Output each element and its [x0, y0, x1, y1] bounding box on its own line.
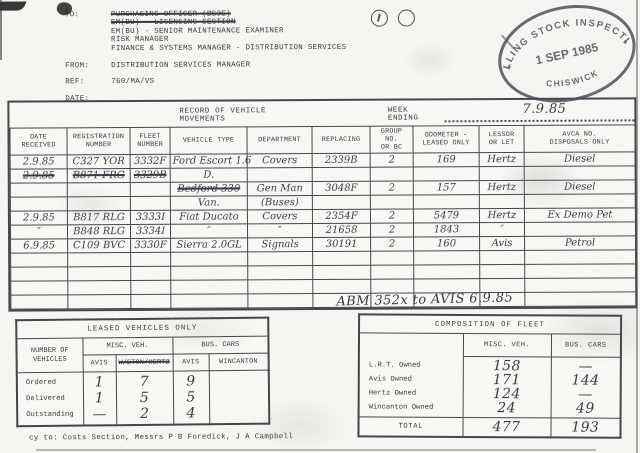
fleet-row-labels: L.R.T. OwnedAvis OwnedHertz OwnedWincant…: [359, 356, 463, 418]
leased-value: 1: [84, 390, 114, 406]
fleet-total-label: TOTAL: [358, 417, 462, 437]
movement-cell: [131, 252, 171, 266]
movement-cell: Petrol: [525, 236, 636, 251]
movements-column-header: AVCA NO. DISPOSALS ONLY: [524, 125, 635, 153]
leased-values-column: 11—: [83, 372, 117, 426]
movement-cell: [371, 251, 414, 265]
addressing-block: TO: PURCHASING OFFICER (BS3E)EM(BU) - LI…: [65, 10, 347, 104]
circle-icon: [398, 10, 415, 27]
movement-cell: ″: [479, 222, 524, 236]
movements-title: RECORD OF VEHICLE MOVEMENTS: [179, 107, 299, 124]
scan-artifact-corner: [0, 2, 26, 11]
leased-subcol-avis-misc: AVIS: [83, 355, 116, 372]
movement-cell: ″: [10, 225, 67, 239]
movement-cell: [313, 251, 371, 265]
movements-column-header: REGISTRATION NUMBER: [67, 127, 130, 154]
fleet-row-label: Hertz Owned: [361, 386, 462, 401]
fleet-value: 49: [552, 401, 619, 415]
from-value: DISTRIBUTION SERVICES MANAGER: [111, 61, 250, 70]
movement-cell: [312, 167, 370, 181]
movement-cell: [313, 279, 371, 293]
fleet-blank-header: [359, 333, 463, 357]
leased-value: [211, 397, 268, 398]
movement-cell: 2.9.85: [10, 155, 67, 169]
movement-cell: [371, 279, 414, 293]
movement-cell: Hertz: [479, 180, 524, 194]
movement-cell: Hertz: [479, 152, 524, 166]
movement-cell: D.: [170, 168, 247, 182]
cc-line: cy to: Costs Section, Messrs P B Foredic…: [29, 433, 293, 442]
leased-row-header: NUMBER OF VEHICLES: [16, 338, 82, 373]
movement-cell: [67, 182, 130, 196]
movement-cell: Avis: [480, 236, 525, 250]
movement-cell: Ford Escort 1.6: [170, 154, 247, 168]
leased-value: [211, 397, 268, 398]
movement-cell: [68, 280, 131, 294]
leased-value: 2: [118, 406, 172, 423]
fleet-title: COMPOSITION OF FLEET: [359, 314, 621, 334]
fleet-row-label: Wincanton Owned: [361, 400, 462, 415]
movement-cell: [248, 280, 313, 294]
circle-mark-icon: [371, 10, 388, 27]
movement-cell: [248, 252, 313, 266]
fleet-col-bus: BUS. CARS: [551, 334, 621, 357]
leased-vehicles-table: LEASED VEHICLES ONLY NUMBER OF VEHICLES …: [15, 317, 270, 428]
movement-cell: [171, 294, 248, 308]
movement-cell: [171, 280, 248, 294]
leased-value: 1: [84, 374, 114, 390]
fleet-body-row: L.R.T. OwnedAvis OwnedHertz OwnedWincant…: [359, 356, 621, 418]
leased-subcol-avis-bus: AVIS: [173, 354, 209, 371]
movement-cell: [131, 294, 171, 308]
movement-cell: 6.9.85: [11, 239, 68, 253]
movements-header-row: DATE RECEIVEDREGISTRATION NUMBERFLEET NU…: [10, 125, 635, 155]
leased-value: 5: [117, 390, 171, 407]
leased-value: [211, 397, 268, 398]
leased-group-bus: BUS. CARS: [172, 336, 268, 354]
fleet-total-row: TOTAL 477 193: [358, 417, 620, 438]
movement-cell: 3330F: [131, 238, 171, 252]
movement-cell: [480, 250, 525, 264]
leased-value: —: [85, 406, 115, 422]
movement-cell: 3048F: [312, 181, 370, 195]
ref-label: REF:: [65, 79, 111, 88]
recipient-line: FINANCE & SYSTEMS MANAGER - DISTRIBUTION…: [111, 43, 346, 53]
movements-column-header: LESSOR OR LET: [479, 125, 524, 152]
scanned-document-page: TO: PURCHASING OFFICER (BS3E)EM(BU) - LI…: [0, 0, 640, 453]
movement-cell: [414, 251, 480, 265]
movement-cell: [171, 252, 248, 266]
movement-cell: [10, 183, 67, 197]
leased-row-labels: OrderedDeliveredOutstanding: [17, 372, 84, 426]
movement-cell: Signals: [248, 238, 313, 252]
movement-cell: [312, 195, 370, 209]
movement-cell: 2: [370, 153, 413, 167]
movement-cell: (Buses): [247, 196, 312, 210]
movement-cell: Diesel: [524, 180, 635, 195]
movement-cell: [524, 194, 635, 209]
movement-cell: Covers: [247, 154, 312, 168]
movement-cell: 160: [414, 237, 480, 251]
movement-cell: [11, 267, 68, 281]
movement-cell: [370, 195, 413, 209]
movement-cell: [414, 265, 480, 279]
movement-cell: 2339B: [312, 153, 370, 167]
movement-cell: [247, 168, 312, 182]
movement-cell: [525, 250, 636, 265]
movement-cell: [313, 265, 371, 279]
movement-cell: [525, 292, 636, 307]
movement-cell: Van.: [170, 196, 247, 210]
to-row: TO: PURCHASING OFFICER (BS3E)EM(BU) - LI…: [65, 10, 346, 54]
movement-cell: Ex Demo Pet: [524, 208, 635, 223]
movement-cell: 2354F: [312, 209, 370, 223]
movement-cell: Sierra 2.0GL: [171, 238, 248, 252]
movement-cell: ″: [170, 224, 247, 238]
leased-subcol-wincanton: WINCANTON: [209, 353, 269, 371]
movement-cell: 2.9.85: [10, 169, 67, 183]
movement-cell: [130, 182, 170, 196]
movement-row: [11, 292, 636, 309]
movement-cell: [479, 166, 524, 180]
movements-column-header: GROUP NO. OR BC: [370, 126, 413, 153]
movement-cell: [248, 294, 313, 308]
from-row: FROM: DISTRIBUTION SERVICES MANAGER: [65, 61, 346, 71]
movement-cell: [67, 196, 130, 210]
leased-value: 4: [175, 405, 208, 421]
fleet-total-bus: 193: [550, 418, 620, 438]
leased-value: 5: [174, 389, 207, 405]
fleet-row-label: Avis Owned: [361, 372, 462, 387]
movement-cell: 2: [370, 223, 413, 237]
movement-cell: [171, 266, 248, 280]
movement-cell: 1843: [413, 223, 479, 237]
movements-column-header: VEHICLE TYPE: [170, 127, 247, 154]
movement-cell: [413, 195, 479, 209]
movement-cell: B871 FRG: [67, 168, 130, 182]
leased-value: 9: [174, 373, 207, 389]
document-content: TO: PURCHASING OFFICER (BS3E)EM(BU) - LI…: [0, 0, 640, 453]
movement-cell: 2.9.85: [10, 211, 67, 225]
leased-group-misc: MISC. VEH.: [82, 337, 172, 355]
movement-cell: 30191: [313, 237, 371, 251]
movement-cell: C327 YOR: [67, 154, 130, 168]
leased-subcol-hertz: W/ETON/HERTZ: [116, 354, 173, 372]
composition-of-fleet-table: COMPOSITION OF FLEET MISC. VEH. BUS. CAR…: [357, 313, 622, 438]
leased-values-column: 954: [173, 371, 210, 425]
movement-cell: B848 RLG: [67, 224, 130, 238]
fleet-values-column: —144—49: [551, 357, 621, 418]
leased-value: 7: [117, 374, 171, 391]
movement-cell: 2: [370, 181, 413, 195]
movement-cell: [11, 253, 68, 267]
movement-cell: 157: [413, 181, 479, 195]
movement-cell: [413, 167, 479, 181]
movement-cell: [68, 266, 131, 280]
from-label: FROM:: [65, 62, 111, 71]
leased-row-label: Outstanding: [19, 407, 82, 424]
movement-cell: Diesel: [524, 152, 635, 167]
movement-cell: 169: [413, 153, 479, 167]
movement-cell: 3329B: [130, 168, 170, 182]
movement-cell: 2: [371, 237, 414, 251]
movement-cell: Covers: [247, 210, 312, 224]
movement-cell: Gen Man: [247, 182, 312, 196]
movement-cell: [525, 264, 636, 279]
leased-values-column: 752: [116, 371, 174, 425]
movement-cell: [130, 196, 170, 210]
movement-cell: [68, 252, 131, 266]
movement-cell: [68, 294, 131, 308]
movements-column-header: FLEET NUMBER: [130, 127, 170, 154]
movements-table: DATE RECEIVEDREGISTRATION NUMBERFLEET NU…: [9, 124, 636, 309]
ref-row: REF: 760/MA/VS: [65, 77, 346, 87]
movements-column-header: DATE RECEIVED: [10, 128, 67, 155]
hand-drawn-circles: [371, 10, 415, 27]
movement-cell: [480, 264, 525, 278]
movement-cell: Hertz: [479, 208, 524, 222]
movement-cell: [479, 194, 524, 208]
movement-cell: Bedford 330: [170, 182, 247, 196]
movement-cell: [11, 281, 68, 295]
movement-cell: ″: [247, 224, 312, 238]
movement-cell: [371, 265, 414, 279]
movement-cell: 3332F: [130, 154, 170, 168]
movement-cell: [524, 166, 635, 181]
movement-cell: [11, 295, 68, 309]
recipient-list: PURCHASING OFFICER (BS3E)EM(BU) - LICENS…: [111, 10, 346, 53]
stamp-date: 1 SEP 1985: [534, 40, 600, 67]
to-label: TO:: [65, 11, 111, 53]
stamp-bottom-text: CHISWICK: [544, 67, 601, 92]
leased-row-label: Ordered: [19, 375, 82, 392]
leased-body-row: OrderedDeliveredOutstanding11—752954: [17, 370, 270, 426]
fleet-values-column: 15817112424: [463, 356, 551, 417]
week-ending-label: WEEK ENDING: [388, 106, 439, 122]
movement-cell: B817 RLG: [67, 210, 130, 224]
fleet-value: 24: [464, 401, 549, 415]
ref-value: 760/MA/VS: [111, 78, 154, 87]
leased-values-column: [209, 370, 270, 424]
fleet-col-misc: MISC. VEH.: [463, 333, 551, 356]
movement-cell: 3334I: [130, 224, 170, 238]
svg-text:CHISWICK: CHISWICK: [544, 67, 601, 92]
fleet-row-label: L.R.T. Owned: [361, 358, 462, 373]
movement-cell: Fiat Ducato: [170, 210, 247, 224]
movement-cell: 5479: [413, 209, 479, 223]
leased-row-label: Delivered: [19, 391, 82, 408]
movements-column-header: ODOMETER - LEASED ONLY: [413, 126, 479, 153]
movement-cell: 2: [370, 209, 413, 223]
movements-column-header: DEPARTMENT: [247, 127, 312, 154]
movement-cell: C109 BVC: [68, 238, 131, 252]
movement-cell: [131, 280, 171, 294]
movement-cell: [248, 266, 313, 280]
movement-cell: 3333I: [130, 210, 170, 224]
movement-cell: [131, 266, 171, 280]
vehicle-movements-section: RECORD OF VEHICLE MOVEMENTS WEEK ENDING …: [7, 97, 637, 311]
movement-cell: [370, 167, 413, 181]
movement-cell: [524, 222, 635, 237]
movement-cell: [10, 197, 67, 211]
fleet-total-misc: 477: [462, 417, 550, 437]
movements-column-header: REPLACING: [312, 126, 370, 153]
movement-cell: 21658: [312, 223, 370, 237]
movement-cell: [525, 278, 636, 293]
